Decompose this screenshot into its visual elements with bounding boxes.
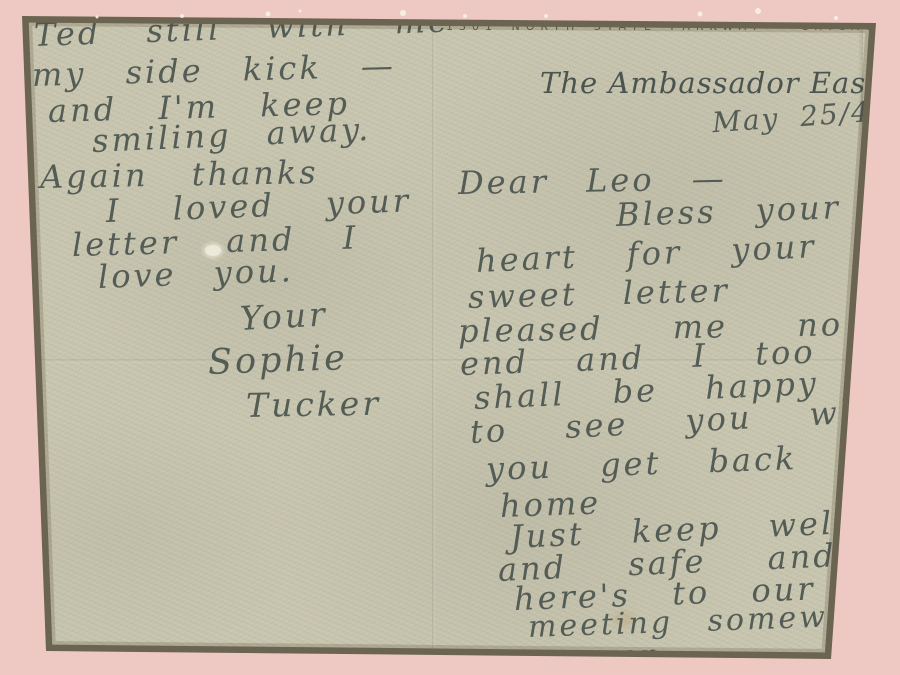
letter-date: May 25/45 (711, 94, 892, 139)
framed-letter-photo: { "letterhead": { "address": "1301 NORTH… (0, 0, 900, 675)
right-page-line-3: heart for your (475, 227, 817, 280)
signature-first-name: Sophie (207, 338, 348, 383)
hotel-name: The Ambassador East (540, 66, 879, 100)
signature-last-name: Tucker (246, 384, 382, 425)
ink-layer: 1301 NORTH STATE PARKWAY · CHICAGO The A… (0, 0, 900, 675)
left-page-line-8: love you. (97, 251, 294, 296)
letterhead-address: 1301 NORTH STATE PARKWAY · CHICAGO (446, 20, 894, 33)
right-page-line-15-clipped: over (578, 639, 658, 675)
signature-your: Your (239, 294, 329, 338)
